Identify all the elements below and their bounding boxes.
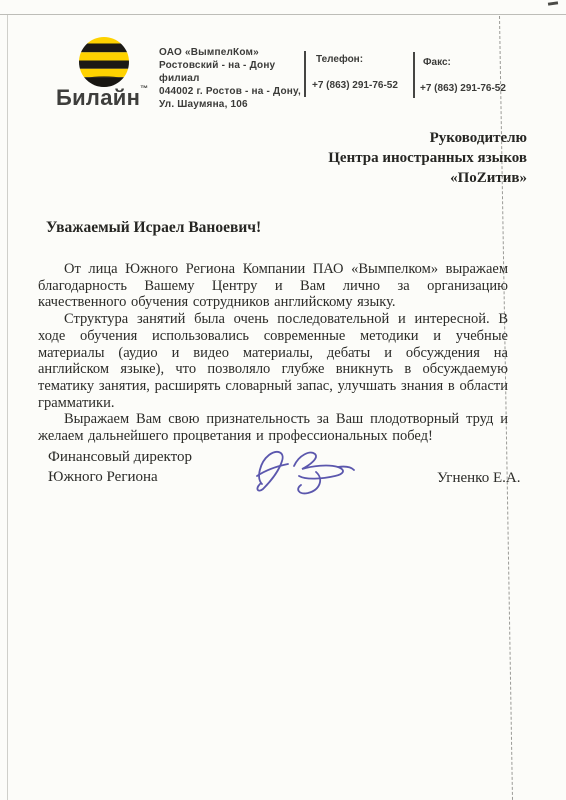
beeline-wordmark: Билайн™ <box>56 84 164 111</box>
beeline-logo: Билайн™ <box>54 34 164 112</box>
phone-label: Телефон: <box>316 54 363 65</box>
scan-edge-left-line <box>7 15 8 800</box>
beeline-sphere-icon <box>78 36 130 88</box>
company-line: Ул. Шаумяна, 106 <box>159 98 309 111</box>
signer-title-line: Южного Региона <box>48 467 192 487</box>
body-paragraph: Структура занятий была очень последовате… <box>38 311 508 411</box>
recipient-line: Руководителю <box>267 128 527 148</box>
recipient-line: Центра иностранных языков <box>267 148 527 168</box>
recipient-line: «ПоZитив» <box>267 168 527 188</box>
scan-edge-top-line <box>0 14 566 15</box>
company-line: ОАО «ВымпелКом» <box>159 46 309 59</box>
recipient-block: Руководителю Центра иностранных языков «… <box>267 128 527 188</box>
company-line: 044002 г. Ростов - на - Дону, <box>159 85 309 98</box>
trademark-symbol: ™ <box>140 84 148 93</box>
signer-title-block: Финансовый директор Южного Региона <box>48 447 192 487</box>
fax-divider-bar <box>413 52 415 98</box>
phone-value: +7 (863) 291-76-52 <box>312 80 398 91</box>
scanned-letter-page: Билайн™ ОАО «ВымпелКом» Ростовский - на … <box>0 0 566 800</box>
signer-name: Угненко Е.А. <box>437 470 520 487</box>
company-address-block: ОАО «ВымпелКом» Ростовский - на - Дону ф… <box>159 46 309 111</box>
body-paragraph: От лица Южного Региона Компании ПАО «Вым… <box>38 261 508 311</box>
handwritten-signature <box>252 446 356 500</box>
phone-divider-bar <box>304 51 306 97</box>
salutation: Уважаемый Исраел Ваноевич! <box>46 219 261 237</box>
letter-body: От лица Южного Региона Компании ПАО «Вым… <box>38 261 508 445</box>
scan-corner-artifact <box>548 1 558 5</box>
body-paragraph: Выражаем Вам свою признательность за Ваш… <box>38 411 508 444</box>
beeline-brand-text: Билайн <box>56 85 140 110</box>
signer-title-line: Финансовый директор <box>48 447 192 467</box>
fax-value: +7 (863) 291-76-52 <box>420 83 506 94</box>
company-line: Ростовский - на - Дону филиал <box>159 59 309 85</box>
fax-label: Факс: <box>423 57 451 68</box>
